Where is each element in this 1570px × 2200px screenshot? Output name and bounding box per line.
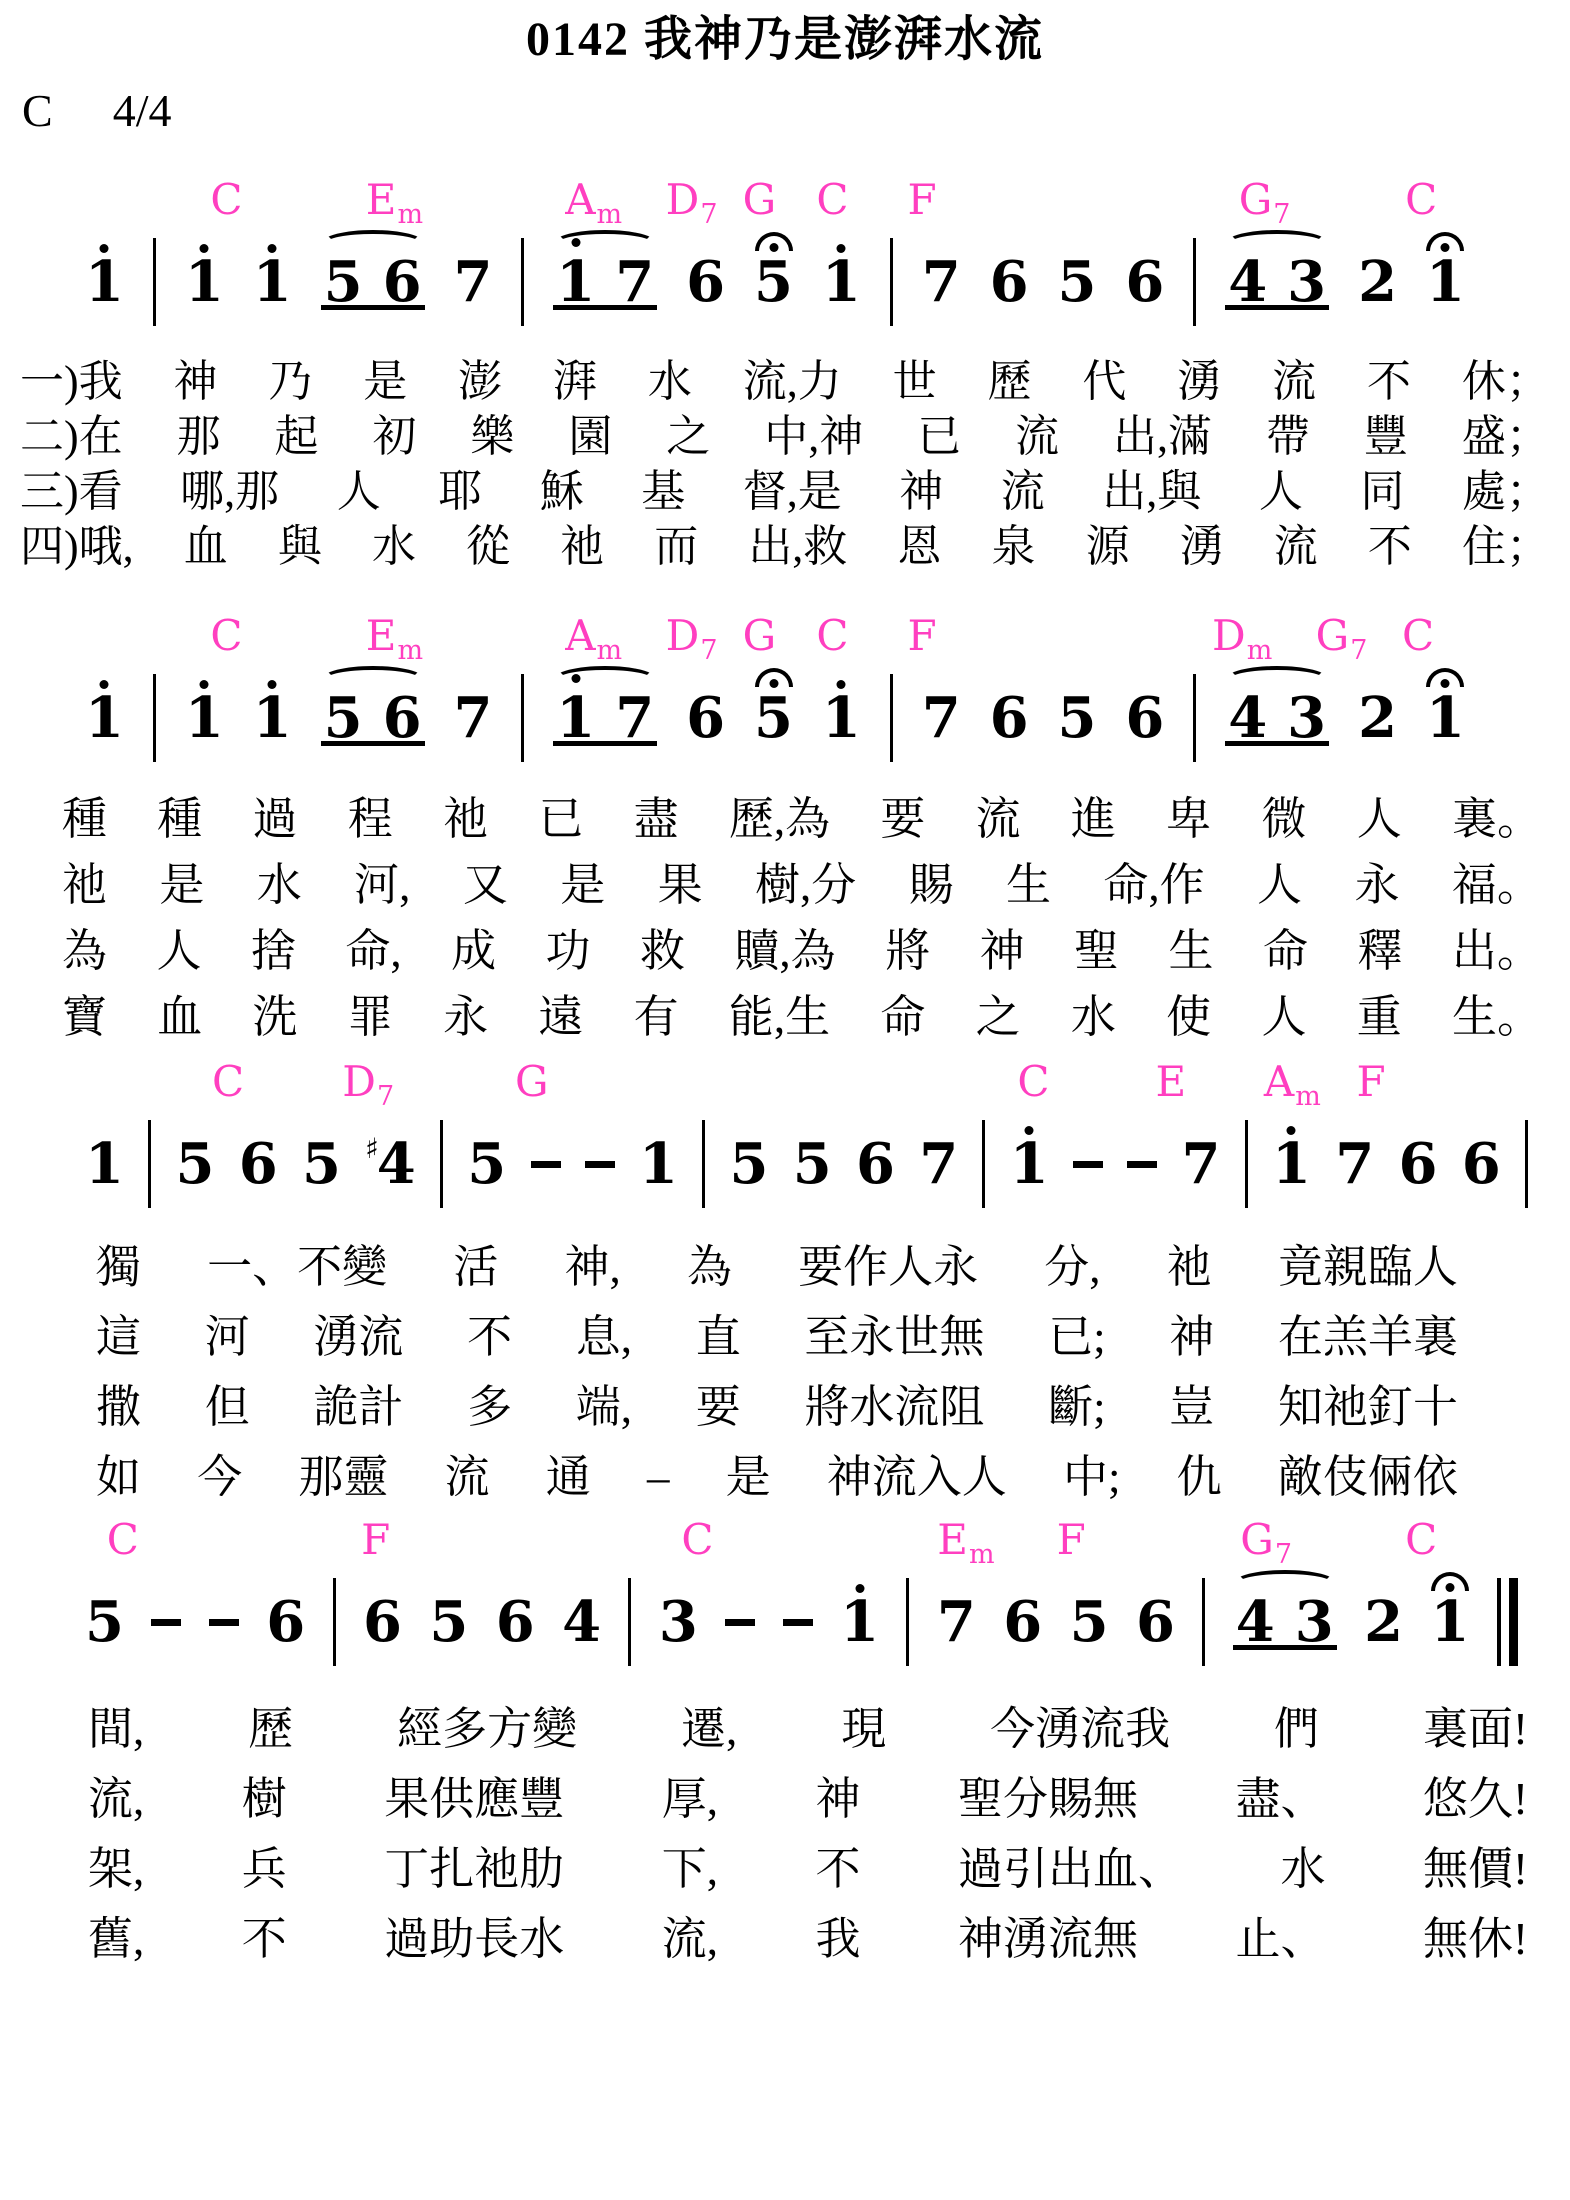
chord-root: G <box>743 611 777 660</box>
note: 6 <box>1125 230 1164 334</box>
lyric-syllable: 澎 <box>458 354 502 409</box>
note: 6 <box>990 230 1029 334</box>
chord-root: A <box>565 611 595 660</box>
lyric-syllable: 使 <box>1166 984 1211 1050</box>
lyric-syllable: 永 <box>1354 852 1399 918</box>
lyric-syllable: 不 <box>1368 519 1412 574</box>
lyric-line: 種種過程祂已盡歷,為要流進卑微人裏。 <box>62 786 1542 852</box>
barline <box>333 1578 336 1666</box>
note-digit: 5 <box>1058 254 1097 310</box>
lyric-syllable: 流 <box>1001 464 1045 519</box>
lyric-syllable: 間, <box>88 1694 144 1764</box>
fermata-icon <box>1426 232 1464 251</box>
lyric-syllable: 捨 <box>251 918 296 984</box>
chord-label: G <box>743 178 777 222</box>
lyric-syllable: 之 <box>666 409 710 464</box>
note: 5 <box>302 1112 341 1216</box>
note: 1 <box>556 690 595 746</box>
lyric-line: 撒但詭計多端,要將水流阻斷;豈知祂釘十 <box>96 1372 1458 1442</box>
chord-root: C <box>816 175 848 224</box>
lyric-syllable: 督,是 <box>743 464 842 519</box>
chord-root: C <box>681 1515 713 1564</box>
lyric-syllable: 是 <box>726 1442 771 1512</box>
lyrics-group: 種種過程祂已盡歷,為要流進卑微人裏。祂是水河,又是果樹,分賜生命,作人永福。為人… <box>0 786 1570 1050</box>
note-digit: 4 <box>1228 690 1267 746</box>
note-digit: 7 <box>453 690 492 746</box>
final-barline <box>1497 1570 1518 1674</box>
lyric-syllable: 神 <box>980 918 1025 984</box>
octave-dot <box>571 674 580 683</box>
lyric-syllable: 耶 <box>438 464 482 519</box>
note-digit: 1 <box>556 254 595 310</box>
lyric-syllable: 要 <box>880 786 925 852</box>
lyric-syllable: 不 <box>1367 354 1411 409</box>
lyric-syllable: 人 <box>337 464 381 519</box>
chord-root: G <box>1239 175 1273 224</box>
lyric-syllable: 通 <box>546 1442 591 1512</box>
lyric-syllable: 息, <box>576 1302 632 1372</box>
note-digit: 6 <box>1125 254 1164 310</box>
lyric-line: 寶血洗罪永遠有能,生命之水使人重生。 <box>62 984 1542 1050</box>
chord-label: Dm <box>1212 614 1272 673</box>
lyric-syllable: 湧 <box>1180 519 1224 574</box>
chord-root: E <box>1156 1057 1187 1106</box>
chord-label: Em <box>937 1518 994 1577</box>
lyric-syllable: 水 <box>1281 1834 1326 1904</box>
note-digit: 7 <box>1335 1136 1374 1192</box>
note-digit: 6 <box>1398 1136 1437 1192</box>
barline <box>890 674 893 762</box>
lyric-syllable: 祂 <box>1167 1232 1212 1302</box>
chord-quality: m <box>597 199 623 230</box>
lyric-syllable: 一)我 <box>20 354 123 409</box>
note: 6 <box>383 690 422 746</box>
lyric-syllable: 賜 <box>909 852 954 918</box>
note-digit: 5 <box>1058 690 1097 746</box>
lyric-syllable: 基 <box>641 464 685 519</box>
lyric-syllable: 為 <box>687 1232 732 1302</box>
note-digit: 1 <box>185 690 224 746</box>
barline <box>1193 674 1196 762</box>
chord-root: C <box>1017 1057 1049 1106</box>
notation-row: 1115671765176564321 <box>0 666 1570 770</box>
chord-label: D7 <box>342 1060 394 1119</box>
note-digit: 5 <box>754 690 793 746</box>
barline <box>982 1120 985 1208</box>
note-digit: 1 <box>253 254 292 310</box>
lyric-syllable: 住； <box>1462 519 1550 574</box>
final-barline-thin <box>1497 1578 1501 1666</box>
lyric-line: 三)看哪,那人耶穌基督,是神流出,與人同處； <box>20 464 1550 519</box>
lyric-syllable: 過 <box>253 786 298 852</box>
lyric-syllable: 中; <box>1063 1442 1121 1512</box>
note: 5 <box>754 230 793 334</box>
chord-quality: 7 <box>700 635 717 666</box>
note-digit: 1 <box>840 1594 879 1650</box>
lyric-line: 祂是水河,又是果樹,分賜生命,作人永福。 <box>62 852 1542 918</box>
lyric-syllable: 無休! <box>1423 1904 1528 1974</box>
lyric-syllable: 要作人永 <box>798 1232 978 1302</box>
lyric-syllable: 哪,那 <box>180 464 279 519</box>
note: 5 <box>85 1570 124 1674</box>
chord-label: C <box>210 178 242 222</box>
note: 2 <box>1358 230 1397 334</box>
lyric-syllable: 樹,分 <box>755 852 856 918</box>
note: 7 <box>1182 1112 1221 1216</box>
note: 5 <box>754 666 793 770</box>
barline <box>906 1578 909 1666</box>
note: 6 <box>686 666 725 770</box>
chord-root: E <box>366 175 397 224</box>
note-group: 43 <box>1225 666 1329 770</box>
chord-root: D <box>666 611 700 660</box>
lyrics-group: 獨一、不變活神,為要作人永分,祂竟親臨人這河湧流不息,直至永世無已;神在羔羊裏撒… <box>0 1232 1570 1512</box>
fermata-icon <box>755 232 793 251</box>
lyric-syllable: 人 <box>1257 852 1302 918</box>
lyric-syllable: 多 <box>467 1372 512 1442</box>
key-label: C <box>22 88 53 134</box>
note: 7 <box>615 690 654 746</box>
lyric-syllable: 流,力 <box>743 354 842 409</box>
lyric-syllable: 釋 <box>1357 918 1402 984</box>
lyric-syllable: 至永世無 <box>804 1302 984 1372</box>
lyric-syllable: 止、 <box>1236 1904 1326 1974</box>
chord-row: CD7GCEAmF <box>0 1064 1570 1104</box>
note-digit: 5 <box>176 1136 215 1192</box>
lyric-syllable: 河, <box>354 852 410 918</box>
chord-label: C <box>107 1518 139 1562</box>
note: 1 <box>840 1570 879 1674</box>
note-digit: 6 <box>856 1136 895 1192</box>
lyric-syllable: 歷 <box>988 354 1032 409</box>
note-digit: 6 <box>990 690 1029 746</box>
note-digit: 1 <box>185 254 224 310</box>
chord-root: G <box>743 175 777 224</box>
lyric-syllable: 起 <box>275 409 319 464</box>
chord-row: CEmAmD7GCFG7C <box>0 182 1570 222</box>
lyric-syllable: 乃 <box>268 354 312 409</box>
octave-dot <box>837 244 846 253</box>
chord-label: G7 <box>1316 614 1368 673</box>
lyric-syllable: 湃 <box>553 354 597 409</box>
lyric-syllable: 泉 <box>992 519 1036 574</box>
note-digit: 2 <box>1358 690 1397 746</box>
chord-label: F <box>907 614 936 658</box>
lyric-syllable: 斷; <box>1048 1372 1106 1442</box>
note-digit: 6 <box>1462 1136 1501 1192</box>
lyric-syllable: 而 <box>654 519 698 574</box>
lyric-syllable: 救 <box>640 918 685 984</box>
lyric-syllable: 生 <box>1006 852 1051 918</box>
chord-root: C <box>210 611 242 660</box>
lyric-syllable: 人 <box>1261 984 1306 1050</box>
lyric-syllable: 代 <box>1082 354 1126 409</box>
lyric-syllable: 這 <box>96 1302 141 1372</box>
lyric-syllable: 進 <box>1071 786 1116 852</box>
chord-root: E <box>937 1515 968 1564</box>
lyric-syllable: 是 <box>560 852 605 918</box>
lyric-syllable: 裏面! <box>1423 1694 1528 1764</box>
chord-label: G <box>743 614 777 658</box>
lyric-syllable: 神 <box>816 1764 861 1834</box>
lyric-syllable: 流 <box>445 1442 490 1512</box>
barline <box>440 1120 443 1208</box>
duration-dash <box>531 1161 561 1168</box>
chord-label: D7 <box>666 614 718 673</box>
note: 4 <box>1236 1594 1275 1650</box>
note: 5 <box>793 1112 832 1216</box>
lyric-line: 間,歷經多方變遷,現今湧流我們裏面! <box>88 1694 1528 1764</box>
lyric-syllable: 又 <box>463 852 508 918</box>
lyric-syllable: 水 <box>257 852 302 918</box>
lyric-syllable: 神 <box>899 464 943 519</box>
lyric-syllable: 出,救 <box>748 519 847 574</box>
note-digit: 1 <box>85 690 124 746</box>
note: 1 <box>822 666 861 770</box>
note: 1 <box>1430 1570 1469 1674</box>
lyric-syllable: 種 <box>157 786 202 852</box>
song-title: 0142 我神乃是澎湃水流 <box>0 0 1570 68</box>
octave-dot <box>855 1584 864 1593</box>
lyric-syllable: 血 <box>184 519 228 574</box>
lyric-syllable: 已 <box>538 786 583 852</box>
note: 7 <box>1335 1112 1374 1216</box>
duration-dash <box>1073 1161 1103 1168</box>
lyric-syllable: 水 <box>648 354 692 409</box>
note-group: 56 <box>321 230 425 334</box>
note-digit: 1 <box>85 1136 124 1192</box>
note-digit: 6 <box>990 254 1029 310</box>
lyric-syllable: 河 <box>205 1302 250 1372</box>
lyric-syllable: 四)哦, <box>20 519 134 574</box>
lyric-syllable: 與 <box>278 519 322 574</box>
note: 7 <box>937 1570 976 1674</box>
lyric-syllable: 流 <box>976 786 1021 852</box>
lyric-syllable: 將 <box>885 918 930 984</box>
lyric-syllable: 流 <box>1274 519 1318 574</box>
chord-label: F <box>907 178 936 222</box>
note: 7 <box>919 1112 958 1216</box>
lyric-syllable: 罪 <box>348 984 393 1050</box>
note-digit: 1 <box>1426 254 1465 310</box>
note: 5 <box>324 690 363 746</box>
lyric-line: 舊,不過助長水流,我神湧流無止、無休! <box>88 1904 1528 1974</box>
lyric-syllable: 裏。 <box>1452 786 1542 852</box>
chord-label: D7 <box>666 178 718 237</box>
note: 6 <box>239 1112 278 1216</box>
barline <box>153 674 156 762</box>
chord-label: G7 <box>1239 178 1291 237</box>
note-digit: 7 <box>615 254 654 310</box>
lyric-syllable: 命 <box>1263 918 1308 984</box>
time-signature: 4/4 <box>113 88 172 134</box>
note: 4 <box>1228 254 1267 310</box>
note-digit: 1 <box>1430 1594 1469 1650</box>
chord-root: G <box>1240 1515 1274 1564</box>
note-digit: 5 <box>467 1136 506 1192</box>
notation-row: 1565♯4515567171766 <box>0 1112 1570 1216</box>
chord-label: F <box>1356 1060 1385 1104</box>
note-digit: 6 <box>496 1594 535 1650</box>
note-digit: 4 <box>1236 1594 1275 1650</box>
note-digit: 5 <box>85 1594 124 1650</box>
note: 1 <box>85 666 124 770</box>
duration-dash <box>1127 1161 1157 1168</box>
chord-label: C <box>1405 178 1437 222</box>
chord-label: C <box>816 178 848 222</box>
lyric-syllable: 人 <box>1259 464 1303 519</box>
lyric-syllable: 歷,為 <box>729 786 830 852</box>
chord-root: E <box>366 611 397 660</box>
lyric-syllable: 洗 <box>253 984 298 1050</box>
lyric-syllable: 神 <box>174 354 218 409</box>
lyric-syllable: 那靈 <box>298 1442 388 1512</box>
note-digit: 6 <box>266 1594 305 1650</box>
lyric-syllable: 同 <box>1360 464 1404 519</box>
lyric-syllable: 歷 <box>248 1694 293 1764</box>
octave-dot <box>268 680 277 689</box>
chord-row: CEmAmD7GCFDmG7C <box>0 618 1570 658</box>
barline <box>702 1120 705 1208</box>
note-digit: 6 <box>1125 690 1164 746</box>
lyric-syllable: 活 <box>453 1232 498 1302</box>
note: 2 <box>1364 1570 1403 1674</box>
lyric-syllable: 出,與 <box>1102 464 1201 519</box>
note-digit: 2 <box>1364 1594 1403 1650</box>
lyric-line: 為人捨命,成功救贖,為將神聖生命釋出。 <box>62 918 1542 984</box>
lyric-syllable: 過助長水 <box>384 1904 564 1974</box>
lyric-syllable: 恩 <box>897 519 941 574</box>
note-digit: 1 <box>253 690 292 746</box>
note-digit: 5 <box>730 1136 769 1192</box>
note: 5 <box>1058 230 1097 334</box>
duration-dash <box>585 1161 615 1168</box>
chord-root: D <box>342 1057 376 1106</box>
lyric-syllable: 不 <box>242 1904 287 1974</box>
chord-root: F <box>907 175 936 224</box>
notation-row: 5665643176564321 <box>0 1570 1570 1674</box>
note: 1 <box>185 666 224 770</box>
lyric-syllable: 福。 <box>1452 852 1542 918</box>
note-digit: 5 <box>429 1594 468 1650</box>
lyric-syllable: 流 <box>1015 409 1059 464</box>
chord-root: D <box>1212 611 1246 660</box>
lyric-syllable: 穌 <box>540 464 584 519</box>
note: 6 <box>496 1570 535 1674</box>
lyric-syllable: 出。 <box>1452 918 1542 984</box>
chord-root: A <box>565 175 595 224</box>
duration-dash <box>151 1619 181 1626</box>
lyric-syllable: 出,滿 <box>1113 409 1212 464</box>
note-digit: 1 <box>1426 690 1465 746</box>
barline <box>1245 1120 1248 1208</box>
lyric-syllable: 知祂釘十 <box>1278 1372 1458 1442</box>
note-group: 43 <box>1233 1570 1337 1674</box>
note: 6 <box>383 254 422 310</box>
lyric-syllable: 已 <box>917 409 961 464</box>
lyric-syllable: 血 <box>157 984 202 1050</box>
chord-label: C <box>212 1060 244 1104</box>
lyric-syllable: 經多方變 <box>397 1694 577 1764</box>
chord-quality: m <box>397 199 423 230</box>
note: 1 <box>85 230 124 334</box>
note-digit: 6 <box>239 1136 278 1192</box>
note-digit: 4 <box>1228 254 1267 310</box>
lyric-syllable: 果 <box>658 852 703 918</box>
note: 1 <box>1426 230 1465 334</box>
note-digit: 1 <box>85 254 124 310</box>
note: 7 <box>453 230 492 334</box>
lyric-syllable: 我 <box>816 1904 861 1974</box>
note-digit: 6 <box>383 690 422 746</box>
barline <box>1525 1120 1528 1208</box>
lyric-syllable: 敵伎倆依 <box>1278 1442 1458 1512</box>
note-digit: 3 <box>659 1594 698 1650</box>
note: 6 <box>686 230 725 334</box>
note-digit: 6 <box>383 254 422 310</box>
lyric-syllable: 如 <box>96 1442 141 1512</box>
note: 5 <box>1070 1570 1109 1674</box>
chord-quality: 7 <box>1350 635 1367 666</box>
lyric-syllable: 但 <box>205 1372 250 1442</box>
chord-label: C <box>1405 1518 1437 1562</box>
lyric-syllable: 程 <box>348 786 393 852</box>
lyric-syllable: 詭計 <box>313 1372 403 1442</box>
chord-label: C <box>681 1518 713 1562</box>
chord-quality: 7 <box>1273 199 1290 230</box>
lyric-syllable: 種 <box>62 786 107 852</box>
note: 3 <box>1287 254 1326 310</box>
lyric-syllable: 帶 <box>1266 409 1310 464</box>
lyric-syllable: 樹 <box>242 1764 287 1834</box>
note: 3 <box>659 1570 698 1674</box>
lyric-syllable: 遠 <box>538 984 583 1050</box>
note-digit: 1 <box>639 1136 678 1192</box>
lyric-syllable: 厚, <box>662 1764 718 1834</box>
lyric-syllable: 不 <box>467 1302 512 1372</box>
note-digit: 5 <box>754 254 793 310</box>
lyric-syllable: 永 <box>443 984 488 1050</box>
note-digit: 3 <box>1287 254 1326 310</box>
note: 2 <box>1358 666 1397 770</box>
lyric-syllable: 在羔羊裏 <box>1278 1302 1458 1372</box>
lyric-line: 架,兵丁扎祂肋下,不過引出血、水無價! <box>88 1834 1528 1904</box>
lyric-syllable: 撒 <box>96 1372 141 1442</box>
note: 6 <box>266 1570 305 1674</box>
lyric-line: 一)我神乃是澎湃水流,力世歷代湧流不休； <box>20 354 1550 409</box>
note-digit: 5 <box>302 1136 341 1192</box>
lyric-syllable: 將水流阻 <box>804 1372 984 1442</box>
note: 7 <box>615 254 654 310</box>
note: 6 <box>1398 1112 1437 1216</box>
fermata-icon <box>1431 1572 1469 1591</box>
lyric-syllable: 水 <box>1071 984 1116 1050</box>
note-digit: 7 <box>453 254 492 310</box>
note-digit: 1 <box>1272 1136 1311 1192</box>
note: ♯4 <box>365 1112 416 1216</box>
lyric-syllable: 重 <box>1357 984 1402 1050</box>
note: 5 <box>1058 666 1097 770</box>
lyric-syllable: 二)在 <box>20 409 123 464</box>
lyric-syllable: 悠久! <box>1423 1764 1528 1834</box>
chord-quality: 7 <box>377 1081 394 1112</box>
lyric-syllable: 現 <box>841 1694 886 1764</box>
note-digit: 6 <box>1136 1594 1175 1650</box>
key-signature-row: C 4/4 <box>22 88 1570 134</box>
lyric-syllable: 盡、 <box>1236 1764 1326 1834</box>
note-digit: 7 <box>937 1594 976 1650</box>
note-digit: 7 <box>919 1136 958 1192</box>
